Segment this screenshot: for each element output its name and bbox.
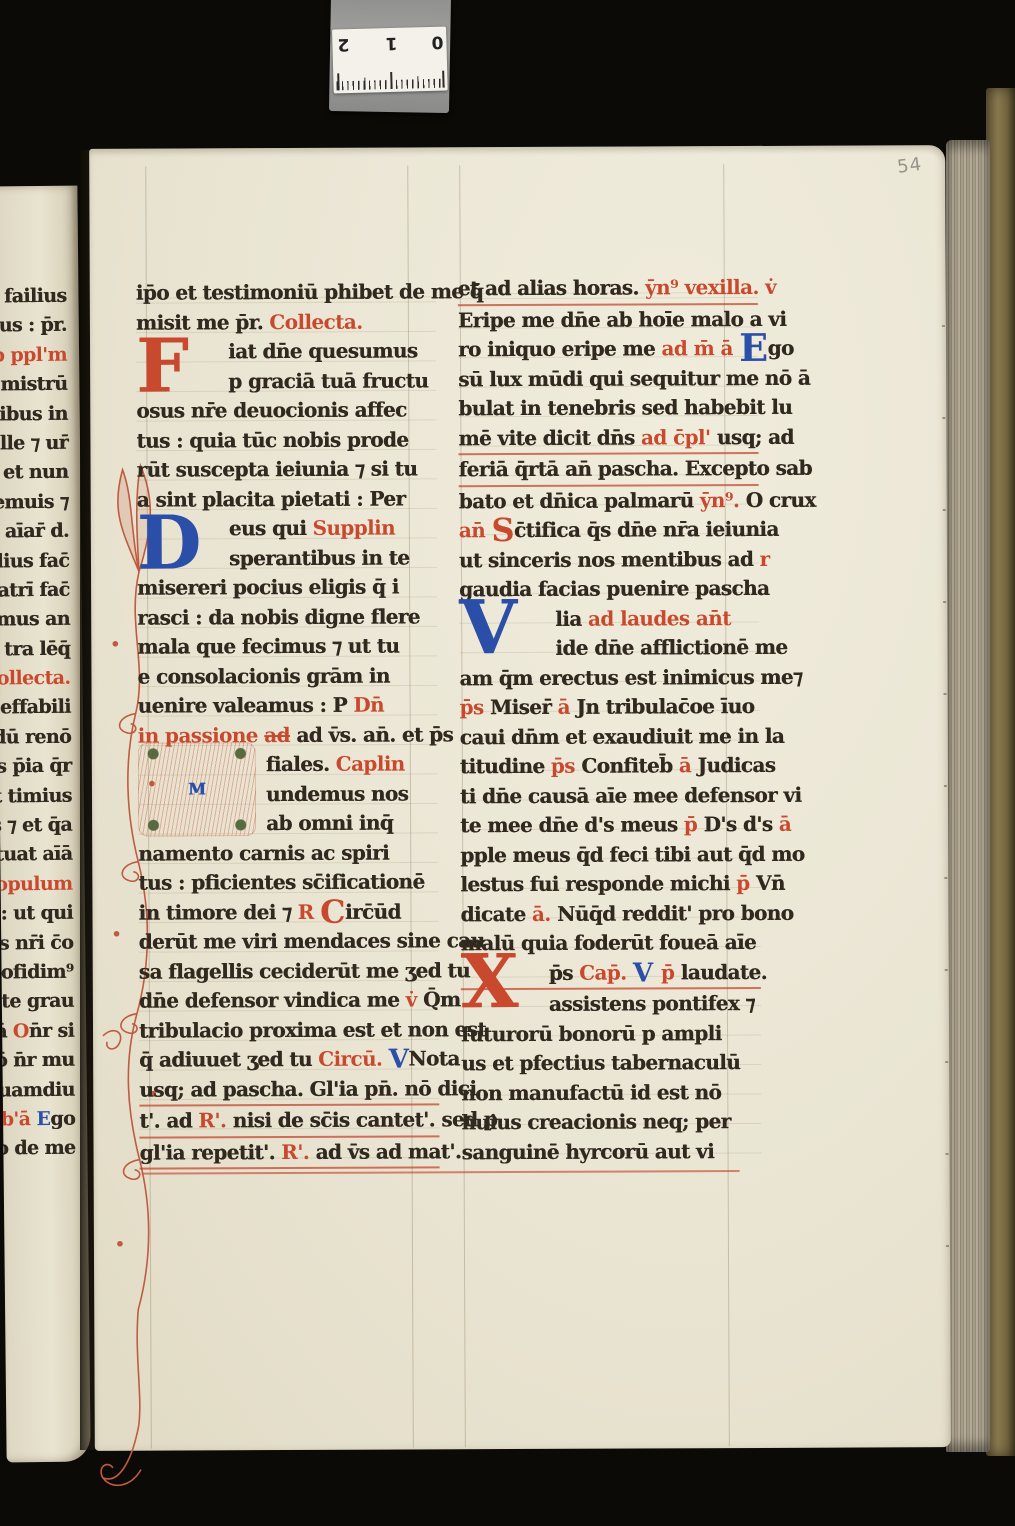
text-run: Letamus an bbox=[0, 605, 70, 636]
text-run: an̄ bbox=[459, 518, 492, 542]
text-run: us et pfectius tabernaculū bbox=[461, 1050, 740, 1075]
previous-page-line: iuxta te grau bbox=[2, 987, 86, 1017]
text-run: ip̄o et testimoniū phibet de me q̄ bbox=[136, 279, 483, 305]
text-run: ab omni inq̄ bbox=[266, 811, 393, 836]
text-column-left: ip̄o et testimoniū phibet de me q̄misit … bbox=[136, 277, 440, 1168]
text-run: dicate bbox=[460, 901, 532, 925]
text-run: nis mistrū bbox=[0, 370, 68, 400]
text-run: lestus fui responde michi bbox=[460, 871, 736, 896]
text-run: ā. bbox=[532, 901, 557, 925]
text-run: titudine bbox=[460, 754, 551, 778]
text-run: D's d's bbox=[704, 812, 779, 836]
text-run: E bbox=[36, 1108, 50, 1130]
text-run: ad laudes an̄t bbox=[588, 606, 731, 631]
text-run: V bbox=[389, 1044, 409, 1074]
previous-page-line: nis mistrū bbox=[0, 370, 80, 400]
page-block-fore-edge bbox=[946, 140, 990, 1452]
text-run: amus : p̄r. bbox=[0, 314, 67, 337]
previous-page-line: Letamus an bbox=[0, 605, 82, 635]
text-run: sab'ā Ego bbox=[0, 1105, 75, 1135]
text-run: undemus nos bbox=[266, 781, 408, 806]
text-run: te mee dn̄e d's meus bbox=[460, 812, 684, 837]
previous-page-line: tis nr̄i c̄o bbox=[1, 928, 85, 958]
text-column-right: et ad alias horas. ȳn⁹ vexilla. v̇Eripe … bbox=[458, 273, 762, 1164]
manuscript-line: titudine p̄s Confiteb̄ ā Judicas bbox=[460, 751, 760, 782]
previous-page-line: ans failius bbox=[0, 282, 79, 312]
text-run: ui in effabili bbox=[0, 696, 71, 719]
ruler-tick-half bbox=[364, 78, 366, 90]
text-run: Caplin bbox=[336, 752, 405, 776]
text-run: ost filius fac̄ bbox=[0, 549, 69, 572]
text-run: Collecta. bbox=[0, 667, 71, 690]
text-run: bato et dn̄ica palmarū bbox=[459, 488, 700, 513]
ruler-digit: 1 bbox=[382, 33, 401, 53]
previous-page-line: sic semuis ⁊ bbox=[0, 487, 81, 517]
manuscript-line: p̄s Miser̄ ā Jn tribulac̄oe īuo bbox=[460, 692, 760, 723]
previous-page-line: ut c̄ofidim⁹ bbox=[1, 958, 85, 988]
text-run: ā bbox=[558, 695, 577, 719]
text-run: p̄s bbox=[549, 960, 580, 984]
previous-page-line: nus p̄ia q̄r bbox=[0, 752, 84, 782]
text-run: V bbox=[633, 958, 661, 988]
text-run: O bbox=[13, 1020, 29, 1042]
text-run: tis nr̄i c̄o bbox=[0, 928, 73, 958]
text-run: r populum bbox=[0, 872, 73, 895]
manuscript-line: bulat in tenebris sed habebit lu bbox=[458, 393, 758, 424]
previous-page-line: tuat aīā bbox=[0, 840, 84, 870]
text-run: Dn̄ bbox=[353, 693, 384, 717]
text-run: ā bbox=[779, 812, 791, 836]
text-run: s deus : ut qui bbox=[0, 899, 73, 930]
text-run: Nota bbox=[408, 1046, 460, 1070]
text-run: Collecta. bbox=[269, 309, 362, 333]
previous-page-line: Imen aīar̄ d. bbox=[0, 517, 81, 547]
text-run: Jn tribulac̄oe īuo bbox=[576, 694, 754, 719]
ruler-tick-cm bbox=[337, 73, 339, 90]
text-run: tus : quia tūc nobis prode bbox=[136, 427, 408, 452]
text-run: sic semuis ⁊ bbox=[0, 487, 69, 518]
previous-page-line: mūdū renō bbox=[0, 722, 83, 752]
text-run: c̄tifica q̄s dn̄e nr̄a ieiunia bbox=[514, 517, 779, 542]
manuscript-line: lestus fui responde michi p̄ Vn̄ bbox=[460, 869, 760, 900]
previous-page-line: u Sup ppl'm bbox=[0, 340, 79, 370]
text-run: tur patrī fac̄ bbox=[0, 576, 70, 607]
text-run: feriā q̄rtā an̄ pascha. Excepto sab bbox=[459, 456, 812, 482]
previous-page-line: amus : p̄r. bbox=[0, 311, 79, 341]
text-run: iat dn̄e quesumus bbox=[228, 338, 417, 363]
text-run: ȳn⁹. bbox=[700, 488, 746, 512]
previous-page-line: phibeo de me bbox=[3, 1134, 87, 1164]
previous-page-line: mus ⁊ et q̄a bbox=[0, 811, 84, 841]
previous-page-text: ans failiusamus : p̄r.u Sup ppl'mnis mis… bbox=[0, 282, 88, 1165]
text-run: rūt suscepta ieiunia ⁊ si tu bbox=[137, 456, 418, 481]
text-run: mūdū renō bbox=[0, 723, 71, 754]
text-run: sic semuis ⁊ bbox=[0, 490, 69, 513]
manuscript-line: feriā q̄rtā an̄ pascha. Excepto sab bbox=[459, 454, 759, 487]
text-run: go bbox=[50, 1108, 75, 1130]
ruler-tick-cm bbox=[442, 71, 444, 88]
text-run: et ad alias horas. bbox=[458, 275, 645, 300]
text-run: e consolacionis grām in bbox=[137, 663, 389, 688]
book-cover-edge bbox=[986, 88, 1015, 1456]
manuscript-line: et ad alias horas. ȳn⁹ vexilla. v̇ bbox=[458, 273, 758, 306]
previous-page-line: m̄ ā On̄r si bbox=[2, 1016, 86, 1046]
manuscript-line: rūt suscepta ieiunia ⁊ si tu bbox=[137, 454, 437, 485]
text-run: go bbox=[768, 336, 794, 360]
previous-page-line: quamdiu bbox=[3, 1075, 87, 1105]
previous-page-line: expelle ⁊ ur̄ bbox=[0, 429, 80, 459]
manuscript-line: non manufactū id est nō bbox=[461, 1077, 761, 1108]
manuscript-line: caui dn̄m et exaudiuit me in la bbox=[460, 721, 760, 752]
text-run: ui in effabili bbox=[0, 693, 71, 724]
text-run: Eripe me dn̄e ab hoīe malo a vi bbox=[458, 306, 786, 331]
previous-page-line: camus tra lēq̄ bbox=[0, 634, 82, 664]
text-run: nis mistrū bbox=[0, 373, 68, 396]
text-run: phibeo de me bbox=[0, 1134, 76, 1165]
ruler-tab: 2 1 0 bbox=[329, 0, 451, 113]
previous-page-line: ost filius fac̄ bbox=[0, 546, 81, 576]
text-run: ad c̄pl' bbox=[641, 425, 717, 449]
text-run: in timore dei ⁊ bbox=[138, 899, 297, 924]
text-run: t'. ad bbox=[139, 1108, 198, 1132]
text-run: Miser̄ bbox=[490, 695, 558, 719]
text-run: gl'ia repetit'. bbox=[139, 1140, 281, 1165]
text-run: s deus : ut qui bbox=[0, 902, 73, 925]
manuscript-line: tribulacio proxima est et non est bbox=[139, 1015, 439, 1046]
manuscript-line: namento carnis ac spiri bbox=[138, 838, 438, 869]
text-run: Sup ppl'm bbox=[0, 343, 67, 366]
manuscript-line: in timore dei ⁊ R Circ̄ūd bbox=[138, 897, 438, 928]
text-run: tis nr̄i c̄o bbox=[0, 931, 73, 954]
text-run: ad v̄s ad mat'. bbox=[315, 1139, 461, 1164]
text-run: sū lux mūdi qui sequitur me nō ā bbox=[458, 365, 810, 391]
illuminated-initial-X: X bbox=[461, 945, 519, 1019]
text-run: tur patrī fac̄ bbox=[0, 579, 70, 602]
text-run: tus : pficientes sc̄ificationē bbox=[138, 869, 424, 894]
text-run: bulat in tenebris sed habebit lu bbox=[458, 395, 792, 420]
manuscript-line: gl'ia repetit'. R'. ad v̄s ad mat'. bbox=[139, 1137, 439, 1170]
text-run: quamdiu bbox=[0, 1075, 75, 1105]
text-run: S bbox=[491, 511, 514, 549]
text-run: ti dn̄e causā aīe mee defensor vi bbox=[460, 782, 801, 807]
text-run: cū. Collecta. bbox=[0, 664, 71, 695]
text-run: non manufactū id est nō bbox=[461, 1080, 721, 1105]
previous-page-line: s deus : ut qui bbox=[1, 899, 85, 929]
manuscript-line: t'. ad R'. nisi de sc̄is cantet'. sed p bbox=[139, 1105, 439, 1138]
text-run: usq; ad bbox=[717, 424, 794, 448]
text-run: ad bbox=[264, 723, 290, 747]
text-run: iuxta te grau bbox=[0, 987, 74, 1018]
text-run: ā quibus in bbox=[0, 402, 68, 425]
text-run: camus tra lēq̄ bbox=[0, 634, 70, 665]
folio-number: 54 bbox=[896, 154, 923, 178]
text-run: expelle ⁊ ur̄ bbox=[0, 432, 68, 455]
manuscript-line: ti dn̄e causā aīe mee defensor vi bbox=[460, 780, 760, 811]
manuscript-line: mala que fecimus ⁊ ut tu bbox=[137, 631, 437, 662]
text-run: huius creacionis neq; per bbox=[461, 1109, 730, 1134]
manuscript-line: pple meus q̄d feci tibi aut q̄d mo bbox=[460, 839, 760, 870]
manuscript-line: te mee dn̄e d's meus p̄ D's d's ā bbox=[460, 810, 760, 841]
text-run: expelle ⁊ ur̄ bbox=[0, 429, 68, 460]
illuminated-initial-V: V bbox=[459, 591, 517, 665]
text-run: derūt me viri mendaces sine cau bbox=[139, 928, 485, 954]
text-run: ȳn⁹ vexilla. v̇ bbox=[645, 275, 776, 300]
text-run: R'. bbox=[198, 1108, 232, 1132]
previous-page-line: tius et nun bbox=[0, 458, 80, 488]
text-run: pple meus q̄d feci tibi aut q̄d mo bbox=[460, 841, 804, 867]
text-run: Judicas bbox=[698, 753, 776, 777]
manuscript-line: us et pfectius tabernaculū bbox=[461, 1048, 761, 1079]
text-run: p̄ bbox=[661, 960, 681, 984]
text-run: q̄ adiuuet ʒed tu bbox=[139, 1047, 318, 1072]
text-run: uenire valeamus : P bbox=[138, 693, 354, 718]
manuscript-line: sa flagellis ceciderūt me ʒed tu bbox=[139, 956, 439, 987]
previous-page-line: sab'ā Ego bbox=[3, 1104, 87, 1134]
manuscript-line: huius creacionis neq; per bbox=[461, 1107, 761, 1138]
text-run: R bbox=[298, 899, 320, 923]
text-run: mala que fecimus ⁊ ut tu bbox=[137, 634, 399, 659]
text-run: ad v̄s. an̄. et p̄s bbox=[290, 722, 453, 747]
text-run: tius et nun bbox=[0, 458, 68, 489]
text-run: mē vite dicit dn̄s bbox=[458, 425, 641, 450]
previous-page-line: ā quibus in bbox=[0, 399, 80, 429]
manuscript-line: q̄ adiuuet ʒed tu Circū. VNota bbox=[139, 1044, 439, 1075]
text-run: mus ⁊ et q̄a bbox=[0, 811, 72, 842]
text-run: phibeo de me bbox=[0, 1137, 76, 1160]
manuscript-line: sū lux mūdi qui sequitur me nō ā bbox=[458, 363, 758, 394]
text-run: n̄r si bbox=[29, 1019, 75, 1041]
text-run: Circū. bbox=[318, 1047, 389, 1071]
text-run: ā bbox=[679, 753, 698, 777]
text-run: caui dn̄m et exaudiuit me in la bbox=[460, 723, 785, 748]
text-run: tuat aīā bbox=[0, 843, 72, 866]
text-run: nus p̄ia q̄r bbox=[0, 752, 72, 782]
manuscript-line: an̄ Sc̄tifica q̄s dn̄e nr̄a ieiunia bbox=[459, 515, 759, 546]
text-run: quamdiu bbox=[0, 1078, 75, 1101]
ruler-tick-cm bbox=[390, 72, 392, 89]
text-run: Imen aīar̄ d. bbox=[0, 517, 69, 548]
text-run: tribulacio proxima est et non est bbox=[139, 1017, 486, 1043]
text-run: s nō n̄r mu bbox=[0, 1046, 75, 1077]
text-run: eus qui bbox=[229, 516, 313, 540]
text-run: ide dn̄e afflictionē me bbox=[555, 635, 787, 660]
text-run: ans failius bbox=[0, 282, 67, 312]
text-run: fiales. bbox=[266, 752, 336, 776]
text-run: sperantibus in te bbox=[229, 545, 410, 570]
text-run: p̄ bbox=[736, 871, 756, 895]
text-run: Q̄m bbox=[423, 987, 460, 1011]
text-run: ut c̄ofidim⁹ bbox=[0, 958, 74, 989]
manuscript-line: e consolacionis grām in bbox=[137, 661, 437, 692]
photo-scene: ans failiusamus : p̄r.u Sup ppl'mnis mis… bbox=[0, 0, 1015, 1526]
illuminated-initial-M: M bbox=[138, 742, 256, 837]
text-run: rasci : da nobis digne flere bbox=[137, 604, 420, 629]
manuscript-line: Eripe me dn̄e ab hoīe malo a vi bbox=[458, 304, 758, 335]
text-run: ut sinceris nos mentibus ad bbox=[459, 546, 760, 571]
text-run: usq; ad pascha. Gl'ia pn̄. nō dici bbox=[139, 1076, 476, 1101]
text-run: R'. bbox=[281, 1139, 315, 1163]
previous-page-line: r populum bbox=[0, 869, 84, 899]
manuscript-line: usq; ad pascha. Gl'ia pn̄. nō dici bbox=[139, 1074, 439, 1107]
text-run: O crux bbox=[746, 487, 816, 511]
manuscript-line: ip̄o et testimoniū phibet de me q̄ bbox=[136, 277, 436, 308]
red-ruling-line bbox=[142, 1170, 740, 1175]
text-run: p graciā tuā fructu bbox=[228, 368, 428, 393]
text-run: m̄ ā bbox=[0, 1020, 13, 1042]
previous-page-line: tur patrī fac̄ bbox=[0, 575, 82, 605]
illuminated-initial-D: D bbox=[137, 506, 201, 580]
manuscript-line: ro iniquo eripe me ad m̄ ā Ego bbox=[458, 334, 758, 365]
text-run: Confiteb̄ bbox=[581, 753, 679, 777]
text-run: dn̄e defensor vindica me bbox=[139, 988, 406, 1013]
previous-page-edge: ans failiusamus : p̄r.u Sup ppl'mnis mis… bbox=[0, 186, 91, 1463]
text-run: Supplin bbox=[313, 516, 396, 540]
text-run: assistens pontifex ⁊ bbox=[549, 991, 755, 1016]
manuscript-line: ut sinceris nos mentibus ad r bbox=[459, 544, 759, 575]
text-run: ans failius bbox=[0, 285, 67, 308]
text-run: C bbox=[320, 892, 345, 930]
text-run: sanguinē hyrcorū aut vi bbox=[461, 1139, 714, 1164]
text-run: camus tra lēq̄ bbox=[0, 637, 70, 660]
manuscript-line: dicate ā. Nūq̄d reddit' pro bono bbox=[460, 898, 760, 929]
text-run: mus ⁊ et q̄a bbox=[0, 814, 72, 837]
text-run: p̄s bbox=[551, 754, 582, 778]
text-run: nisi de sc̄is cantet'. sed p bbox=[233, 1107, 498, 1132]
manuscript-line: uenire valeamus : P Dn̄ bbox=[138, 690, 438, 721]
cm-ruler: 2 1 0 bbox=[332, 27, 448, 94]
text-run: a et timius bbox=[0, 781, 72, 812]
text-run: ā quibus in bbox=[0, 399, 68, 430]
text-run: irc̄ūd bbox=[345, 899, 401, 923]
text-run: Vn̄ bbox=[756, 871, 785, 895]
text-run: r bbox=[760, 546, 770, 570]
text-run: men aīar̄ d. bbox=[0, 520, 69, 543]
text-run: namento carnis ac spiri bbox=[138, 840, 389, 865]
illuminated-initial-F: F bbox=[136, 329, 189, 403]
manuscript-page: 54 i bbox=[89, 145, 951, 1451]
ruler-tick-half bbox=[417, 76, 419, 88]
manuscript-line: mē vite dicit dn̄s ad c̄pl' usq; ad bbox=[458, 422, 758, 455]
text-run: ost filius fac̄ bbox=[0, 546, 69, 577]
text-run: tuat aīā bbox=[0, 840, 72, 870]
ruler-digit: 2 bbox=[334, 34, 353, 54]
manuscript-line: tus : pficientes sc̄ificationē bbox=[138, 867, 438, 898]
text-run: tius et nun bbox=[0, 461, 68, 484]
text-run: sa flagellis ceciderūt me ʒed tu bbox=[139, 958, 470, 983]
manuscript-line: tus : quia tūc nobis prode bbox=[136, 425, 436, 456]
text-run: laudate. bbox=[681, 959, 767, 983]
previous-page-line: ui in effabili bbox=[0, 693, 83, 723]
text-run: lia bbox=[555, 606, 588, 630]
text-run: Cap̄. bbox=[579, 960, 633, 984]
text-run: ut c̄ofidim⁹ bbox=[0, 961, 74, 984]
manuscript-line: dn̄e defensor vindica me v̇ Q̄m bbox=[139, 985, 439, 1016]
text-run: v̇ bbox=[406, 987, 423, 1011]
text-run: a et timius bbox=[0, 784, 72, 807]
text-run: amus : p̄r. bbox=[0, 311, 67, 341]
text-run: p̄s bbox=[460, 695, 491, 719]
text-run: iuxta te grau bbox=[0, 990, 74, 1013]
text-run: mūdū renō bbox=[0, 726, 71, 749]
previous-page-line: cū. Collecta. bbox=[0, 664, 83, 694]
text-run: ro iniquo eripe me bbox=[458, 336, 661, 361]
text-run: sab'ā bbox=[0, 1108, 37, 1131]
text-run: Nūq̄d reddit' pro bono bbox=[557, 900, 793, 925]
text-run: etamus an bbox=[0, 608, 70, 631]
manuscript-line: rasci : da nobis digne flere bbox=[137, 602, 437, 633]
text-run: m̄ ā On̄r si bbox=[0, 1016, 74, 1046]
text-run: nus p̄ia q̄r bbox=[0, 755, 72, 778]
text-run: p̄ bbox=[684, 812, 704, 836]
manuscript-line: sanguinē hyrcorū aut vi bbox=[461, 1136, 761, 1167]
previous-page-line: a et timius bbox=[0, 781, 84, 811]
text-run: u Sup ppl'm bbox=[0, 340, 67, 371]
text-run: s nō n̄r mu bbox=[0, 1049, 75, 1072]
ruler-digit: 0 bbox=[428, 32, 447, 52]
text-run: r populum bbox=[0, 869, 73, 900]
manuscript-line: derūt me viri mendaces sine cau bbox=[139, 926, 439, 957]
text-run: ad m̄ ā bbox=[661, 336, 739, 360]
previous-page-line: s nō n̄r mu bbox=[2, 1046, 86, 1076]
